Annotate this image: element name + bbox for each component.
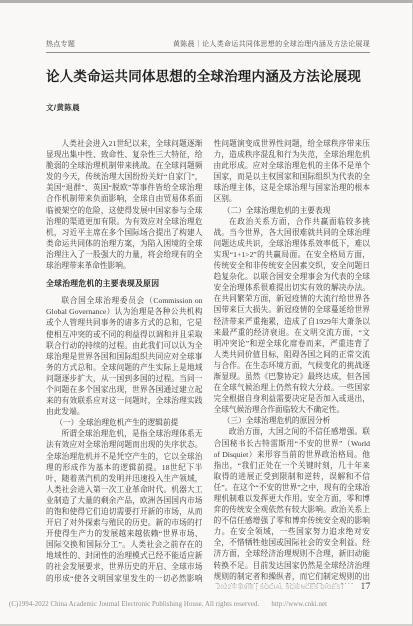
paragraph: 联合国全球治理委员会（Commission on Global Governan… [46, 295, 203, 417]
journal-page: 热点专题 黄陈晨｜论人类命运共同体思想的全球治理内涵及方法论展现 论人类命运共同… [0, 0, 413, 626]
journal-info: 2022年第9期 | SOCIAL SCIENCES DIGEST [217, 582, 345, 591]
subsection-label: （三）全球治理危机的原因分析 [214, 415, 371, 426]
author-byline: 文/黄陈晨 [46, 102, 80, 113]
running-header: 热点专题 黄陈晨｜论人类命运共同体思想的全球治理内涵及方法论展现 [46, 39, 370, 49]
header-rule [46, 52, 370, 53]
subsection-label: （二）全球治理危机的主要表现 [214, 205, 371, 216]
journal-footer: 2022年第9期 | SOCIAL SCIENCES DIGEST 17 [217, 582, 371, 592]
section-heading: 全球治理危机的主要表现及原因 [46, 278, 203, 289]
subsection-label: （一）全球治理危机产生的逻辑前提 [46, 417, 203, 428]
paragraph: 政治方面，大国之间的不信任感增强。联合国秘书长古特雷斯用“不安的世界”（Worl… [214, 426, 371, 584]
paragraph-continuation: 性问题演变成世界性问题，给全球秩序带来压力，造成秩序混乱和行为失范，全球治理危机… [214, 138, 371, 205]
cnki-url: http://www.cnki.net [271, 601, 327, 608]
body-column-right: 性问题演变成世界性问题，给全球秩序带来压力，造成秩序混乱和行为失范，全球治理危机… [214, 138, 371, 584]
copyright-notice: (C)1994-2022 China Academic Journal Elec… [9, 601, 259, 608]
article-title: 论人类命运共同体思想的全球治理内涵及方法论展现 [46, 67, 370, 87]
paragraph: 在政治关系方面，合作共赢面临较多挑战。当今世界，各大国很难就共同的全球治理问题达… [214, 216, 371, 416]
running-head: 黄陈晨｜论人类命运共同体思想的全球治理内涵及方法论展现 [173, 39, 370, 49]
copyright-line: (C)1994-2022 China Academic Journal Elec… [9, 601, 409, 608]
page-number: 17 [361, 582, 372, 592]
body-column-left: 人类社会进入21世纪以来，全球问题逐渐显现出集中性、致命性、复杂性三大特征，给脆… [46, 138, 203, 584]
article-body: 人类社会进入21世纪以来，全球问题逐渐显现出集中性、致命性、复杂性三大特征，给脆… [46, 138, 370, 584]
paragraph: 所谓全球治理危机，是指全球治理体系无法有效应对全球治理问题而出现的失序状态。全球… [46, 428, 203, 584]
paragraph: 人类社会进入21世纪以来，全球问题逐渐显现出集中性、致命性、复杂性三大特征，给脆… [46, 138, 203, 271]
header-section-label: 热点专题 [46, 39, 75, 49]
